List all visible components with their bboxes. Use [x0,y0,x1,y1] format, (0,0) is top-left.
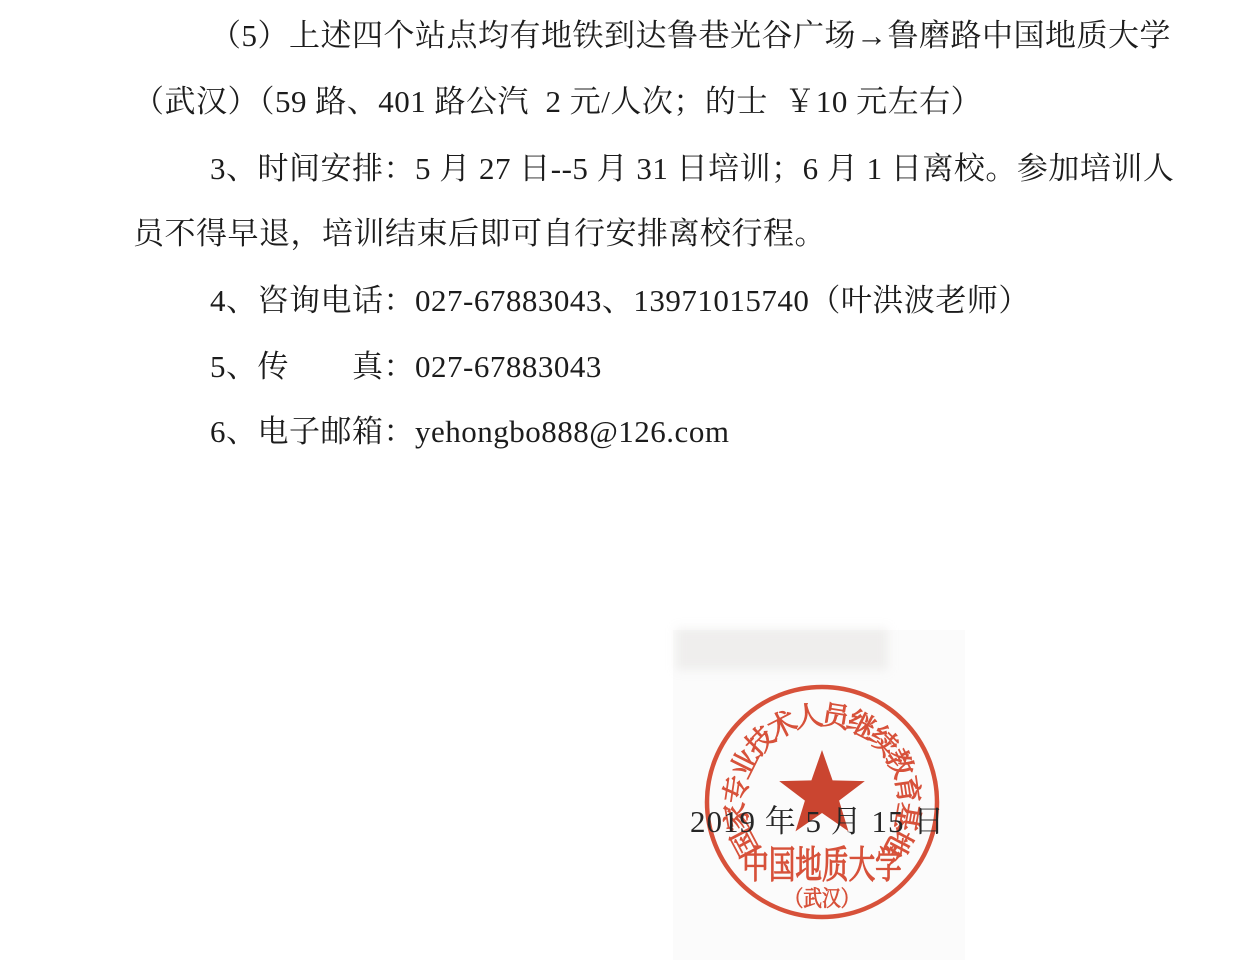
paragraph-line-2: （武汉）（59 路、401 路公汽 2 元/人次；的士 ￥10 元左右） [133,82,982,122]
paragraph-line-1: （5）上述四个站点均有地铁到达鲁巷光谷广场→鲁磨路中国地质大学 [210,16,1171,56]
scan-background-streak [676,628,888,670]
date-line: 2019 年 5 月 15 日 [690,796,945,841]
seal-org-name: 中国地质大学 [742,843,902,886]
document-page: （5）上述四个站点均有地铁到达鲁巷光谷广场→鲁磨路中国地质大学 （武汉）（59 … [0,0,1240,974]
paragraph-line-4: 员不得早退，培训结束后即可自行安排离校行程。 [133,214,826,254]
fax-line: 5、传 真：027-67883043 [210,347,602,387]
paragraph-line-3: 3、时间安排：5 月 27 日--5 月 31 日培训；6 月 1 日离校。参加… [210,149,1174,189]
seal-org-sub: （武汉） [785,886,860,912]
email-line: 6、电子邮箱：yehongbo888@126.com [210,412,729,452]
phone-line: 4、咨询电话：027-67883043、13971015740（叶洪波老师） [210,281,1030,321]
